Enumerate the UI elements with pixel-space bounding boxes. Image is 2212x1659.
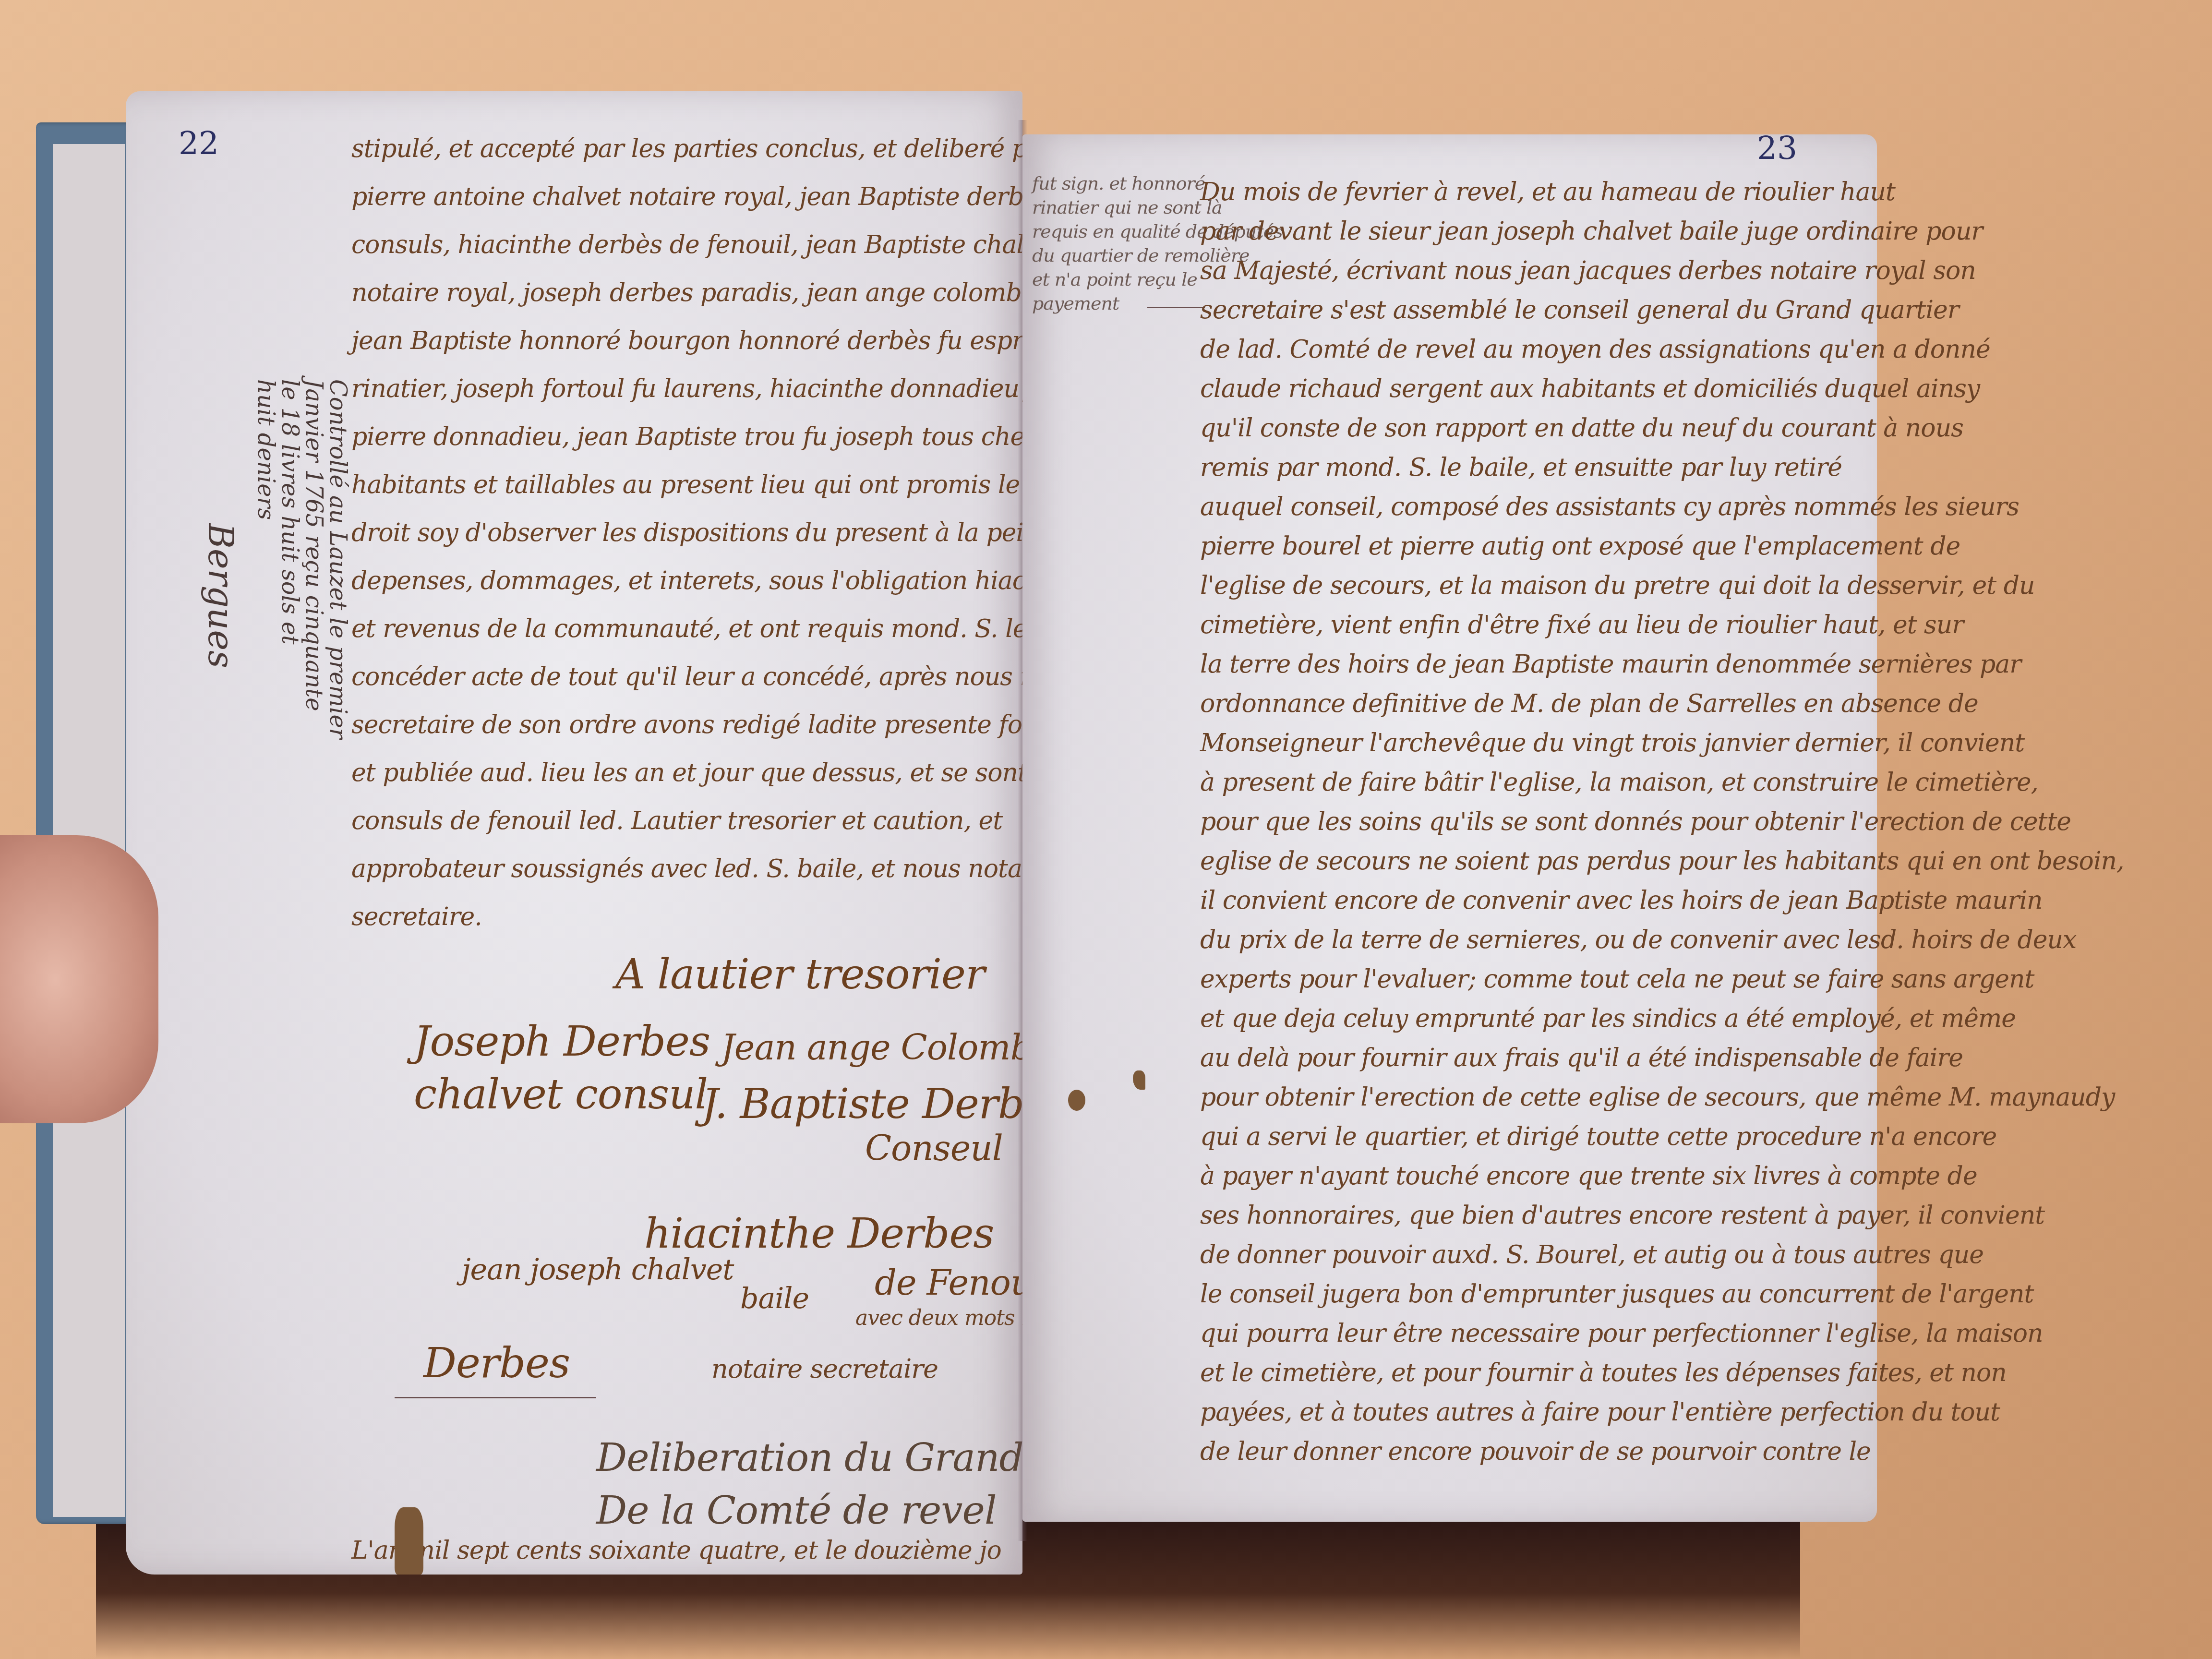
text-line: rinatier, joseph fortoul fu laurens, hia… [351, 374, 1078, 403]
text-line: ordonnance definitive de M. de plan de S… [1200, 689, 1978, 718]
notary-title: notaire secretaire [711, 1354, 938, 1384]
book-endpaper [53, 144, 125, 1517]
text-line: qui a servi le quartier, et dirigé toutt… [1200, 1122, 1996, 1151]
heading-line: De la Comté de revel [596, 1488, 996, 1533]
margin-signature: Bergues [201, 523, 241, 668]
ink-blot [1133, 1070, 1145, 1090]
signature: A lautier tresorier [615, 950, 985, 998]
text-line: au delà pour fournir aux frais qu'il a é… [1200, 1044, 1963, 1072]
margin-note-line: payement [1032, 293, 1119, 314]
signature: Jean ange Colomb [721, 1027, 1032, 1068]
text-line: l'eglise de secours, et la maison du pre… [1200, 571, 2034, 600]
text-line: secretaire. [351, 902, 482, 931]
signature: hiacinthe Derbes [644, 1210, 994, 1258]
left-page: 22 stipulé, et accepté par les parties c… [126, 91, 1022, 1575]
text-line: consuls de fenouil led. Lautier tresorie… [351, 806, 1002, 835]
margin-note-line: Controllé au Lauzet le premier [325, 379, 351, 739]
text-line: pour que les soins qu'ils se sont donnés… [1200, 807, 2071, 836]
text-line: le conseil jugera bon d'emprunter jusque… [1200, 1280, 2033, 1309]
text-line: approbateur soussignés avec led. S. bail… [351, 854, 1063, 883]
signature: chalvet consul [414, 1070, 708, 1118]
text-line: la terre des hoirs de jean Baptiste maur… [1200, 650, 2021, 679]
text-line: de lad. Comté de revel au moyen des assi… [1200, 335, 1990, 364]
ink-blot [1068, 1090, 1085, 1111]
margin-note-line: huit deniers [252, 379, 279, 520]
text-line: il convient encore de convenir avec les … [1200, 886, 2043, 915]
text-line: eglise de secours ne soient pas perdus p… [1200, 847, 2124, 876]
text-line: claude richaud sergent aux habitants et … [1200, 374, 1980, 403]
text-line: à present de faire bâtir l'eglise, la ma… [1200, 768, 2038, 797]
ink-stain [395, 1507, 423, 1575]
signature: jean joseph chalvet [462, 1253, 733, 1286]
text-line: auquel conseil, composé des assistants c… [1200, 493, 2019, 521]
margin-note-line: le 18 livres huit sols et [276, 379, 303, 645]
text-line: qu'il conste de son rapport en datte du … [1200, 414, 1963, 443]
text-line: et publiée aud. lieu les an et jour que … [351, 758, 1099, 787]
signature: Joseph Derbes [414, 1018, 710, 1066]
text-line: payées, et à toutes autres à faire pour … [1200, 1398, 2000, 1427]
signature-flourish [395, 1397, 596, 1398]
margin-note-line: et n'a point reçu le [1032, 269, 1197, 290]
text-line: et le cimetière, et pour fournir à toute… [1200, 1358, 2007, 1387]
text-line: Monseigneur l'archevêque du vingt trois … [1200, 729, 2024, 757]
text-line: sa Majesté, écrivant nous jean jacques d… [1200, 256, 1976, 285]
text-line: experts pour l'evaluer; comme tout cela … [1200, 965, 2034, 994]
hand-holding-page [0, 835, 158, 1123]
margin-rule [1147, 307, 1205, 308]
margin-note-line: rinatier qui ne sont là [1032, 197, 1222, 218]
folio-number-left: 22 [179, 125, 219, 162]
closing-line: L'an mil sept cents soixante quatre, et … [351, 1536, 1001, 1565]
signature: Conseul [865, 1128, 1003, 1168]
text-line: à payer n'ayant touché encore que trente… [1200, 1162, 1977, 1190]
text-line: par devant le sieur jean joseph chalvet … [1200, 217, 1983, 246]
text-line: pierre antoine chalvet notaire royal, je… [351, 182, 1050, 211]
text-line: qui pourra leur être necessaire pour per… [1200, 1319, 2043, 1348]
text-line: et que deja celuy emprunté par les sindi… [1200, 1004, 2016, 1033]
text-line: de leur donner encore pouvoir de se pour… [1200, 1437, 1871, 1466]
text-line: de donner pouvoir auxd. S. Bourel, et au… [1200, 1240, 1984, 1269]
text-line: remis par mond. S. le baile, et ensuitte… [1200, 453, 1842, 482]
notary-signature: Derbes [423, 1339, 570, 1387]
text-line: cimetière, vient enfin d'être fixé au li… [1200, 611, 1963, 639]
text-line: pierre bourel et pierre autig ont exposé… [1200, 532, 1960, 561]
text-line: secretaire s'est assemblé le conseil gen… [1200, 296, 1959, 325]
text-line: Du mois de fevrier à revel, et au hameau… [1200, 178, 1895, 206]
text-line: ses honnoraires, que bien d'autres encor… [1200, 1201, 2044, 1230]
margin-note-line: fut sign. et honnoré [1032, 173, 1205, 194]
text-line: pour obtenir l'erection de cette eglise … [1200, 1083, 2115, 1112]
text-line: secretaire de son ordre avons redigé lad… [351, 710, 1116, 739]
text-line: consuls, hiacinthe derbès de fenouil, je… [351, 230, 1061, 259]
margin-note-line: Janvier 1765 reçu cinquante [301, 379, 327, 711]
signature: baile [740, 1282, 809, 1315]
text-line: du prix de la terre de sernieres, ou de … [1200, 926, 2076, 954]
signature: J. Baptiste Derbes [702, 1080, 1069, 1128]
folio-number-right: 23 [1757, 130, 1797, 167]
right-page: 23 fut sign. et honnoré rinatier qui ne … [1022, 134, 1877, 1522]
